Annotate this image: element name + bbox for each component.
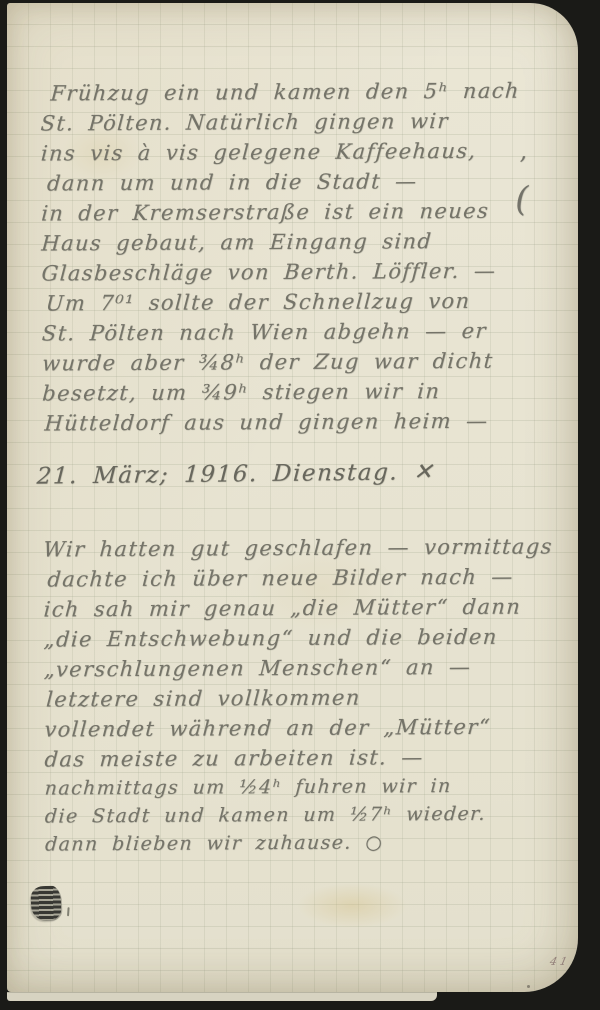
diary-entry-continuation: Frühzug ein und kamen den 5ʰ nach St. Pö… [40,75,569,438]
handwritten-line: ich sah mir genau „die Mütter“ dann [43,591,572,624]
underlying-page-edge [7,992,437,1001]
margin-pencil-mark: ( [515,180,529,220]
handwritten-line: Hütteldorf aus und gingen heim — [44,405,571,438]
handwritten-line: Um 7⁰¹ sollte der Schnellzug von [45,285,570,318]
handwritten-line: dann um und in die Stadt — [46,165,569,198]
estate-stamp [30,885,61,920]
handwritten-line: „die Entschwebung“ und die beiden [43,621,572,654]
handwritten-line: Wir hatten gut geschlafen — vormittags [42,531,571,564]
handwritten-text: Frühzug ein und kamen den 5ʰ nach St. Pö… [4,1,581,993]
handwritten-line: „verschlungenen Menschen“ an — [43,651,572,684]
handwritten-line: vollendet während an der „Mütter“ [43,711,572,744]
handwritten-line: St. Pölten. Natürlich gingen wir [40,105,569,138]
paper-speck [527,985,530,988]
handwritten-line: dachte ich über neue Bilder nach — [47,561,572,594]
diary-entry-body: Wir hatten gut geschlafen — vormittags d… [43,531,572,858]
handwritten-line: nachmittags um ½4ʰ fuhren wir in [44,771,573,802]
page-number: 41 [549,955,572,968]
handwritten-line: besetzt, um ¾9ʰ stiegen wir in [41,375,570,408]
handwritten-line: Glasbeschläge von Berth. Löffler. — [41,255,570,288]
handwritten-line: Frühzug ein und kamen den 5ʰ nach [50,75,569,108]
handwritten-line: die Stadt und kamen um ½7ʰ wieder. [44,799,573,830]
handwritten-line: in der Kremserstraße ist ein neues [40,195,569,228]
handwritten-line: wurde aber ¾8ʰ der Zug war dicht [41,345,570,378]
handwritten-line: St. Pölten nach Wien abgehn — er [41,315,570,348]
handwritten-line: ins vis à vis gelegene Kaffeehaus, [40,135,569,168]
handwritten-line: letztere sind vollkommen [45,681,572,714]
entry-date-heading: 21. März; 1916. Dienstag. ✕ [36,459,435,490]
handwritten-line: das meiste zu arbeiten ist. — [44,741,573,774]
notebook-page: Frühzug ein und kamen den 5ʰ nach St. Pö… [7,3,578,992]
photo-backdrop: Frühzug ein und kamen den 5ʰ nach St. Pö… [0,0,600,1010]
handwritten-line: dann blieben wir zuhause. ○ [44,827,573,858]
handwritten-line: Haus gebaut, am Eingang sind [40,225,569,258]
margin-pencil-mark: ’ [519,152,527,180]
